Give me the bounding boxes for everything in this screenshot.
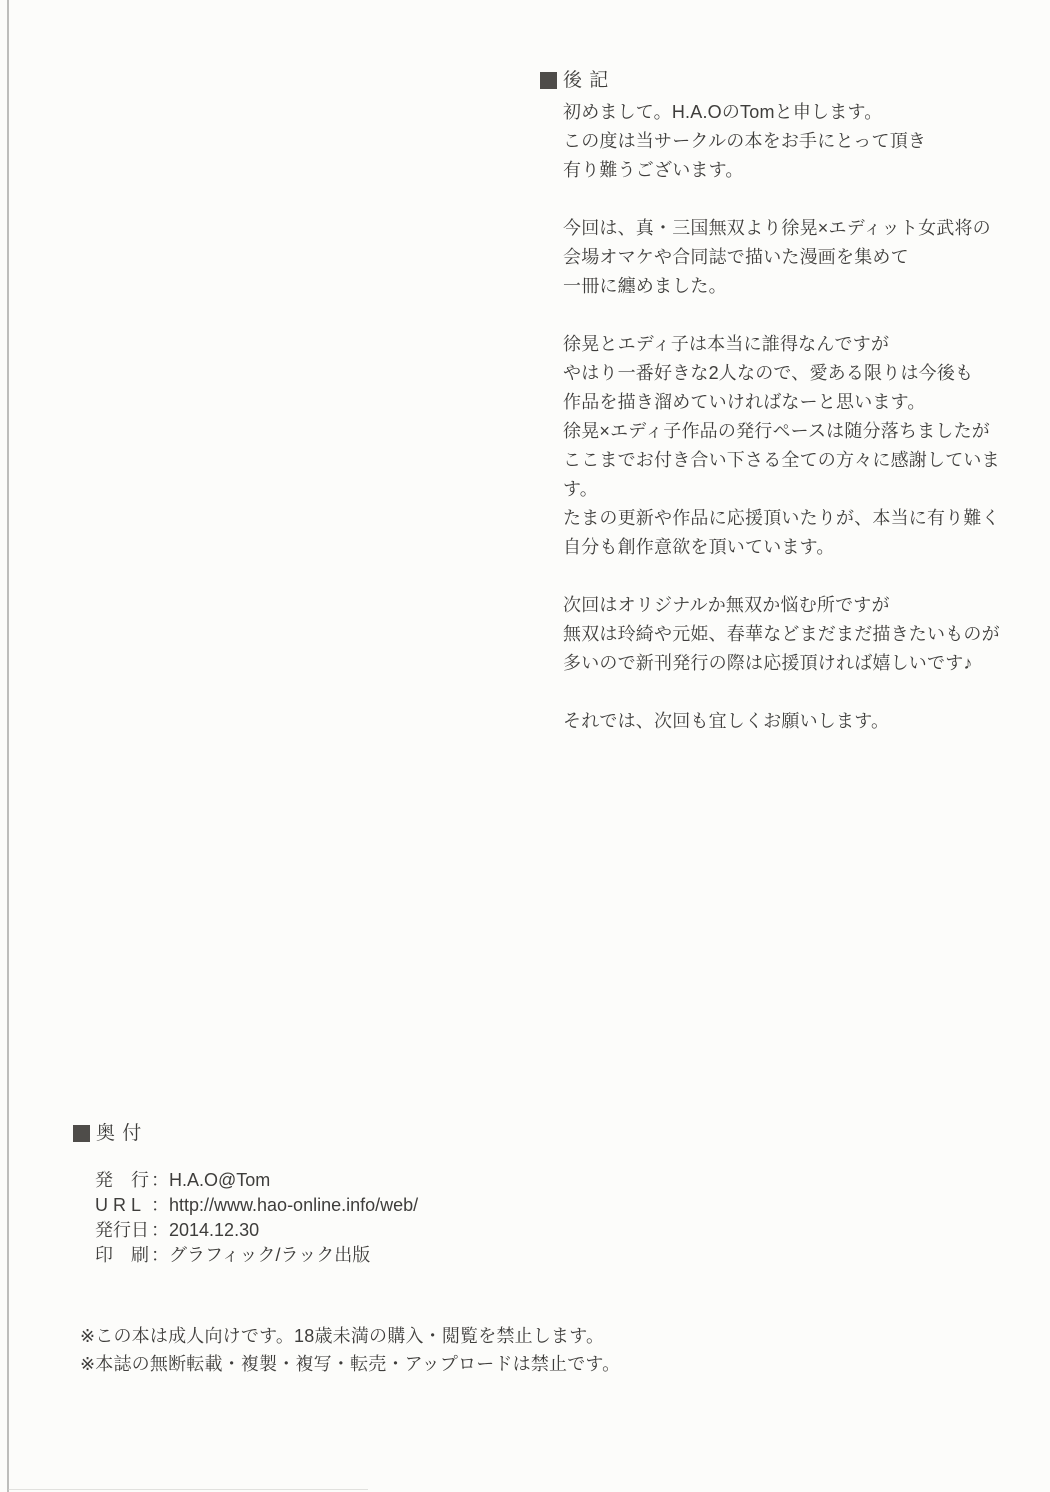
section-marker-square-icon bbox=[73, 1125, 90, 1142]
notice-adult-only: ※この本は成人向けです。18歳未満の購入・閲覧を禁止します。 bbox=[80, 1322, 700, 1350]
colophon-header: 奥 付 bbox=[73, 1123, 593, 1144]
scan-edge-line bbox=[7, 0, 9, 1492]
scanned-page: 後 記 初めまして。H.A.OのTomと申します。 この度は当サークルの本をお手… bbox=[0, 0, 1050, 1492]
afterword-paragraph-thanks: 徐晃とエディ子は本当に誰得なんですが やはり一番好きな2人なので、愛ある限りは今… bbox=[563, 330, 1020, 562]
colophon-value-printer: グラフィック/ラック出版 bbox=[169, 1243, 370, 1268]
section-marker-square-icon bbox=[540, 72, 557, 89]
colophon-entries: 発 行：H.A.O@Tom U R L：http://www.hao-onlin… bbox=[95, 1168, 593, 1268]
afterword-body: 初めまして。H.A.OのTomと申します。 この度は当サークルの本をお手にとって… bbox=[563, 98, 1020, 736]
scan-bottom-line bbox=[8, 1489, 368, 1490]
afterword-section: 後 記 初めまして。H.A.OのTomと申します。 この度は当サークルの本をお手… bbox=[540, 70, 1020, 736]
colophon-colon: ： bbox=[151, 1193, 169, 1218]
colophon-label: 印 刷 bbox=[95, 1243, 151, 1268]
afterword-title: 後 記 bbox=[563, 70, 609, 91]
colophon-title: 奥 付 bbox=[96, 1123, 142, 1144]
afterword-paragraph-next-plans: 次回はオリジナルか無双か悩む所ですが 無双は玲綺や元姫、春華などまだまだ描きたい… bbox=[563, 591, 1020, 678]
colophon-value-url: http://www.hao-online.info/web/ bbox=[169, 1193, 418, 1218]
colophon-value-publish-date: 2014.12.30 bbox=[169, 1218, 259, 1243]
colophon-row-publisher: 発 行：H.A.O@Tom bbox=[95, 1168, 593, 1193]
colophon-label: 発 行 bbox=[95, 1168, 151, 1193]
colophon-colon: ： bbox=[151, 1243, 169, 1268]
colophon-value-publisher: H.A.O@Tom bbox=[169, 1168, 270, 1193]
notice-no-reproduction: ※本誌の無断転載・複製・複写・転売・アップロードは禁止です。 bbox=[80, 1350, 700, 1378]
afterword-paragraph-closing: それでは、次回も宜しくお願いします。 bbox=[563, 707, 1020, 736]
afterword-paragraph-book-contents: 今回は、真・三国無双より徐晃×エディット女武将の 会場オマケや合同誌で描いた漫画… bbox=[563, 214, 1020, 301]
colophon-colon: ： bbox=[151, 1218, 169, 1243]
colophon-row-printer: 印 刷：グラフィック/ラック出版 bbox=[95, 1243, 593, 1268]
afterword-paragraph-greeting: 初めまして。H.A.OのTomと申します。 この度は当サークルの本をお手にとって… bbox=[563, 98, 1020, 185]
colophon-section: 奥 付 発 行：H.A.O@Tom U R L：http://www.hao-o… bbox=[73, 1123, 593, 1268]
colophon-label: 発行日 bbox=[95, 1218, 151, 1243]
notices-section: ※この本は成人向けです。18歳未満の購入・閲覧を禁止します。 ※本誌の無断転載・… bbox=[80, 1322, 700, 1378]
colophon-row-url: U R L：http://www.hao-online.info/web/ bbox=[95, 1193, 593, 1218]
colophon-label: U R L bbox=[95, 1193, 151, 1218]
colophon-colon: ： bbox=[151, 1168, 169, 1193]
afterword-header: 後 記 bbox=[540, 70, 1020, 91]
colophon-row-publish-date: 発行日：2014.12.30 bbox=[95, 1218, 593, 1243]
